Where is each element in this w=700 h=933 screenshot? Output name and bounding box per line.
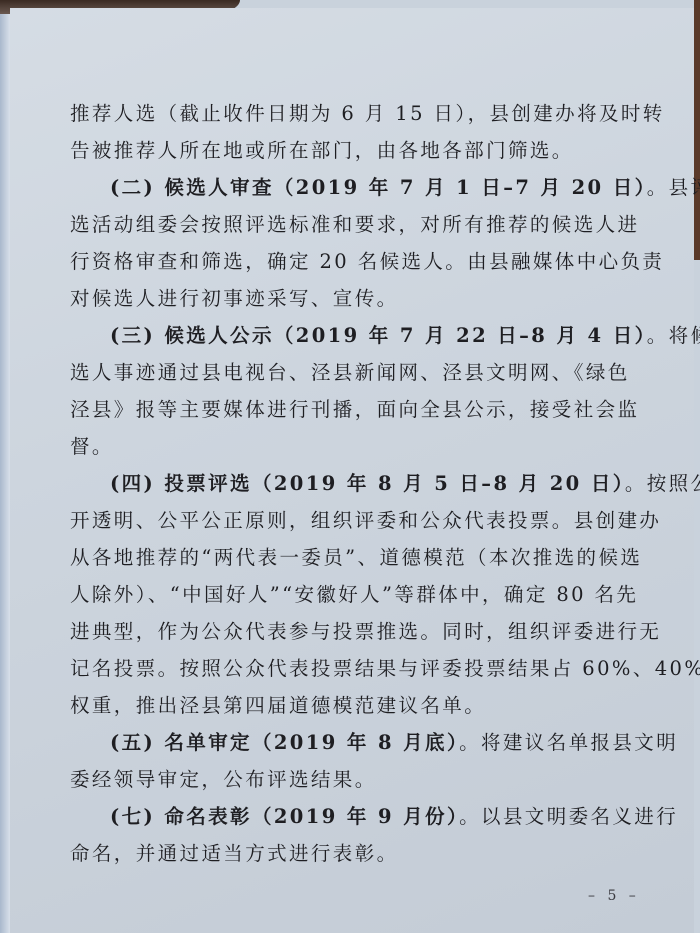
section-heading: (三) 候选人公示（2019 年 7 月 22 日–8 月 4 日） (110, 324, 647, 347)
document-body: 推荐人选（截止收件日期为 6 月 15 日），县创建办将及时转 告被推荐人所在地… (70, 95, 615, 872)
section-heading-line: (四) 投票评选（2019 年 8 月 5 日–8 月 20 日）。按照公 (70, 465, 615, 502)
page-left-edge (0, 0, 10, 933)
heading-tail: 。县评 (647, 176, 700, 199)
text-line: 选活动组委会按照评选标准和要求，对所有推荐的候选人进 (70, 206, 615, 243)
text-line: 行资格审查和筛选，确定 20 名候选人。由县融媒体中心负责 (70, 243, 615, 280)
text-line: 委经领导审定，公布评选结果。 (70, 761, 615, 798)
text-line: 从各地推荐的“两代表一委员”、道德模范（本次推选的候选 (70, 539, 615, 576)
heading-tail: 。按照公 (625, 472, 700, 495)
text-line: 进典型，作为公众代表参与投票推选。同时，组织评委进行无 (70, 613, 615, 650)
text-line: 泾县》报等主要媒体进行刊播，面向全县公示，接受社会监 (70, 391, 615, 428)
text-line: 记名投票。按照公众代表投票结果与评委投票结果占 60%、40% (70, 650, 615, 687)
text-line: 督。 (70, 428, 615, 465)
heading-tail: 。将候 (647, 324, 700, 347)
text-line: 权重，推出泾县第四届道德模范建议名单。 (70, 687, 615, 724)
section-heading-line: (五) 名单审定（2019 年 8 月底）。将建议名单报县文明 (70, 724, 615, 761)
heading-tail: 。将建议名单报县文明 (459, 731, 678, 754)
section-heading: (七) 命名表彰（2019 年 9 月份） (110, 805, 459, 828)
section-heading-line: (二) 候选人审查（2019 年 7 月 1 日–7 月 20 日）。县评 (70, 169, 615, 206)
section-heading-line: (三) 候选人公示（2019 年 7 月 22 日–8 月 4 日）。将候 (70, 317, 615, 354)
text-line: 人除外）、“中国好人”“安徽好人”等群体中，确定 80 名先 (70, 576, 615, 613)
text-line: 选人事迹通过县电视台、泾县新闻网、泾县文明网、《绿色 (70, 354, 615, 391)
section-heading: (四) 投票评选（2019 年 8 月 5 日–8 月 20 日） (110, 472, 625, 495)
text-line: 对候选人进行初事迹采写、宣传。 (70, 280, 615, 317)
text-line: 推荐人选（截止收件日期为 6 月 15 日），县创建办将及时转 (70, 95, 615, 132)
page-number: – 5 – (588, 888, 640, 904)
section-heading: (二) 候选人审查（2019 年 7 月 1 日–7 月 20 日） (110, 176, 647, 199)
text-line: 命名，并通过适当方式进行表彰。 (70, 835, 615, 872)
section-heading-line: (七) 命名表彰（2019 年 9 月份）。以县文明委名义进行 (70, 798, 615, 835)
section-heading: (五) 名单审定（2019 年 8 月底） (110, 731, 459, 754)
text-line: 告被推荐人所在地或所在部门，由各地各部门筛选。 (70, 132, 615, 169)
text-line: 开透明、公平公正原则，组织评委和公众代表投票。县创建办 (70, 502, 615, 539)
page-right-edge (694, 0, 700, 260)
heading-tail: 。以县文明委名义进行 (459, 805, 678, 828)
